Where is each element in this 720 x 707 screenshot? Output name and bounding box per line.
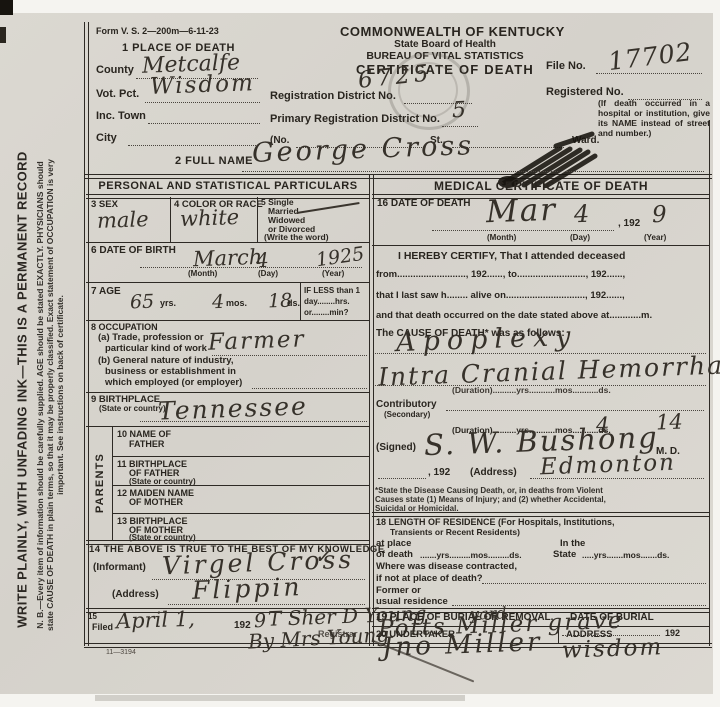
age-less-line2: day........hrs. <box>304 297 350 306</box>
filed-date-value: April 1, <box>116 607 196 634</box>
hospital-note-line2: hospital or institution, <box>598 108 689 118</box>
duration1-label: (Duration)..........yrs...........mos...… <box>452 385 611 395</box>
occupation-value: Farmer <box>208 326 306 355</box>
occupation-b-line <box>252 387 367 389</box>
undertaker-address-value: wisdom <box>562 634 664 664</box>
date-of-death-line <box>432 229 614 231</box>
physician-address-line <box>530 477 704 479</box>
informant-label: (Informant) <box>93 562 146 573</box>
rule-under-dob <box>86 282 369 283</box>
scan-edge-mark <box>0 27 6 43</box>
dod-month-sub: (Month) <box>487 233 516 242</box>
full-name-label: 2 FULL NAME <box>175 155 253 167</box>
margin-nb-line2: state CAUSE OF DEATH in plain terms, so … <box>45 91 55 699</box>
dod-year-sub: (Year) <box>644 233 666 242</box>
rule-under-dod <box>372 245 709 246</box>
undertaker-address-divider <box>558 626 559 644</box>
age-subbox-divider <box>300 282 301 320</box>
age-less-line3: or........min? <box>304 308 348 317</box>
signed-year-line <box>378 477 426 479</box>
marital-line5: (Write the word) <box>264 232 329 242</box>
dob-label: 6 DATE OF BIRTH <box>91 245 176 256</box>
of-death-label: of death <box>376 549 413 560</box>
primary-district-line <box>442 125 478 127</box>
primary-district-value: 5 <box>452 98 467 123</box>
form-right-border <box>709 120 710 646</box>
certify-line4: and that death occurred on the date stat… <box>376 310 652 321</box>
occupation-b-line3: which employed (or employer) <box>105 377 242 388</box>
contracted-line <box>482 582 706 584</box>
father-name-label1: 10 NAME OF <box>117 429 171 439</box>
date-of-death-month: Mar <box>485 192 557 230</box>
file-no-label: File No. <box>546 60 586 72</box>
signed-year-printed: , 192 <box>428 467 450 478</box>
dob-year-sub: (Year) <box>322 269 344 278</box>
contracted-label1: Where was disease contracted, <box>376 561 517 572</box>
footnote-line1: *State the Disease Causing Death, or, in… <box>375 486 603 495</box>
certify-line2: from.........................., 192.....… <box>376 269 625 280</box>
burial-year-printed: 192 <box>665 628 680 638</box>
county-label: County <box>96 64 134 76</box>
dob-month-value: March <box>193 245 263 271</box>
residence-label2: Transients or Recent Residents) <box>390 527 520 537</box>
state-board-heading: State Board of Health <box>340 39 550 50</box>
medical-section-title: MEDICAL CERTIFICATE OF DEATH <box>372 179 710 193</box>
inc-town-label: Inc. Town <box>96 110 146 122</box>
vot-pct-value: Wisdom <box>150 70 256 100</box>
dob-day-sub: (Day) <box>258 269 278 278</box>
footnote-line2: Causes state (1) Means of Injury; and (2… <box>375 495 606 504</box>
primary-district-label: Primary Registration District No. <box>270 113 440 125</box>
age-yrs-label: yrs. <box>160 298 176 308</box>
vot-pct-label: Vot. Pct. <box>96 88 139 100</box>
filed-label: Filed <box>92 622 113 632</box>
state-blanks: .....yrs.......mos.......ds. <box>582 550 669 560</box>
mother-name-label2: OF MOTHER <box>129 497 183 507</box>
hospital-note: (If death occurred in a hospital or inst… <box>598 98 710 138</box>
informant-checkmark: ✓ <box>314 544 332 569</box>
occupation-b-line2: business or establishment in <box>105 366 236 377</box>
age-mos-label: mos. <box>226 298 247 308</box>
parents-label: PARENTS <box>94 445 106 521</box>
contributory-label: Contributory <box>376 399 437 410</box>
vot-pct-line <box>145 101 260 103</box>
former-label2: usual residence <box>376 596 448 607</box>
rule-under-sex-row <box>86 242 369 243</box>
scan-corner-mark <box>0 0 13 15</box>
form-number: Form V. S. 2—200m—6-11-23 <box>96 26 219 36</box>
signed-label: (Signed) <box>376 442 416 453</box>
full-name-line2 <box>566 170 704 172</box>
informant-address-value: Flippin <box>192 572 303 605</box>
occupation-b-line1: (b) General nature of industry, <box>98 355 233 366</box>
death-certificate-scan: WRITE PLAINLY, WITH UNFADING INK—THIS IS… <box>0 0 720 707</box>
father-name-label2: FATHER <box>129 439 164 449</box>
residence-label1: 18 LENGTH OF RESIDENCE (For Hospitals, I… <box>376 517 615 527</box>
scan-bottom-band <box>95 695 465 701</box>
undertaker-value: Jno Miller <box>382 627 543 663</box>
burial-place-value2: yard <box>470 603 507 623</box>
city-label: City <box>96 132 117 144</box>
margin-nb-line3: important. See instructions on back of c… <box>55 91 65 699</box>
date-of-death-year-printed: , 192 <box>618 218 640 229</box>
at-place-label: at place <box>376 538 411 549</box>
date-of-death-label: 16 DATE OF DEATH <box>377 198 471 209</box>
physician-address-label: (Address) <box>470 467 517 478</box>
date-of-death-day: 4 <box>574 200 590 229</box>
date-of-death-year-digit: 9 <box>652 202 668 228</box>
birthplace-sub: (State or country) <box>99 404 166 413</box>
state-label: State <box>553 549 576 560</box>
rule-under-father-birthplace <box>112 485 369 486</box>
certify-line3: that I last saw h........ alive on......… <box>376 290 625 301</box>
in-the-label: In the <box>560 538 585 549</box>
informant-address-label: (Address) <box>112 589 159 600</box>
occupation-label: 8 OCCUPATION <box>91 322 158 332</box>
margin-notice-permanent: WRITE PLAINLY, WITH UNFADING INK—THIS IS… <box>15 75 30 705</box>
sex-value: male <box>97 207 149 233</box>
age-less-line1: IF LESS than 1 <box>304 286 360 295</box>
parents-cell-divider <box>112 426 113 540</box>
rule-under-mother-name <box>112 513 369 514</box>
margin-notice-nb: N. B.—Every item of information should b… <box>35 91 69 699</box>
of-death-blanks: .......yrs.........mos.........ds. <box>420 550 522 560</box>
age-years-value: 65 <box>130 291 155 314</box>
commonwealth-heading: COMMONWEALTH OF KENTUCKY <box>340 24 550 39</box>
filed-item-number: 15 <box>88 612 97 621</box>
inc-town-line <box>148 122 260 124</box>
occupation-a-line2: particular kind of work <box>105 343 207 354</box>
dob-month-sub: (Month) <box>188 269 217 278</box>
personal-section-title: PERSONAL AND STATISTICAL PARTICULARS <box>86 180 370 192</box>
occupation-a-line1: (a) Trade, profession or <box>98 332 204 343</box>
certify-line1: I HEREBY CERTIFY, That I attended deceas… <box>398 250 625 262</box>
print-code: 11—3194 <box>106 649 136 656</box>
cause-value1: Apoplexy <box>396 321 578 358</box>
sex-race-divider <box>170 197 171 242</box>
registered-no-label: Registered No. <box>546 86 624 98</box>
city-line <box>128 144 258 146</box>
physician-address-value: Edmonton <box>540 450 677 481</box>
rule-under-father-name <box>112 456 369 457</box>
contracted-label2: if not at place of death? <box>376 573 483 584</box>
race-value: white <box>180 205 240 231</box>
dod-day-sub: (Day) <box>570 233 590 242</box>
age-months-value: 4 <box>212 291 225 313</box>
full-name-line <box>242 170 558 172</box>
embossed-seal-inner <box>398 62 458 118</box>
rule-under-birthplace <box>86 426 369 427</box>
duration2-days-value: 14 <box>656 410 684 435</box>
age-label: 7 AGE <box>91 286 121 297</box>
hospital-note-line1: (If death occurred in a <box>598 98 710 108</box>
secondary-label: (Secondary) <box>384 410 430 419</box>
margin-nb-line1: N. B.—Every item of information should b… <box>35 91 45 699</box>
former-label1: Former or <box>376 585 421 596</box>
age-ds-label: ds. <box>287 298 300 308</box>
birthplace-line <box>140 420 367 422</box>
